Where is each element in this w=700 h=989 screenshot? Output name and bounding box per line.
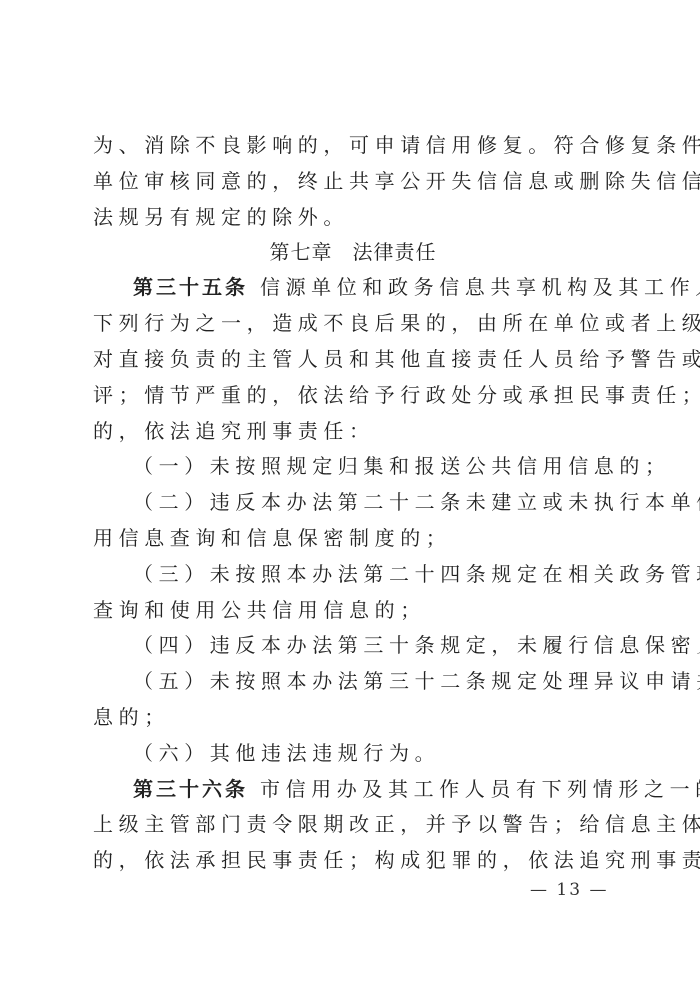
chapter-heading: 第七章法律责任 [93, 235, 613, 270]
chapter-number: 第七章 [270, 240, 333, 264]
paragraph-line: 法规另有规定的除外。 [93, 200, 613, 236]
paragraph-line: 下列行为之一，造成不良后果的，由所在单位或者上级主管部门 [93, 306, 613, 342]
list-item-3-cont: 查询和使用公共信用信息的； [93, 593, 613, 629]
paragraph-line: 的，依法追究刑事责任： [93, 414, 613, 450]
paragraph-line: 为、消除不良影响的，可申请信用修复。符合修复条件并经信源 [93, 128, 613, 164]
list-item-4: （四）违反本办法第三十条规定，未履行信息保密义务的； [93, 628, 613, 664]
list-item-5: （五）未按照本办法第三十二条规定处理异议申请并反馈信 [93, 664, 613, 700]
article-36-first-line: 第三十六条 市信用办及其工作人员有下列情形之一的，由 [93, 772, 613, 808]
document-page: 为、消除不良影响的，可申请信用修复。符合修复条件并经信源 单位审核同意的，终止共… [93, 128, 613, 879]
list-item-3: （三）未按照本办法第二十四条规定在相关政务管理活动中 [93, 557, 613, 593]
chapter-title: 法律责任 [353, 240, 437, 264]
paragraph-line: 对直接负责的主管人员和其他直接责任人员给予警告或通报批 [93, 342, 613, 378]
paragraph-line: 的，依法承担民事责任；构成犯罪的，依法追究刑事责任： [93, 843, 613, 879]
list-item-2: （二）违反本办法第二十二条未建立或未执行本单位公共信 [93, 485, 613, 521]
paragraph-line: 单位审核同意的，终止共享公开失信信息或删除失信信息。法律、 [93, 164, 613, 200]
list-item-1: （一）未按照规定归集和报送公共信用信息的； [93, 449, 613, 485]
article-36-text: 市信用办及其工作人员有下列情形之一的，由 [260, 777, 700, 801]
article-35-text: 信源单位和政务信息共享机构及其工作人员有 [260, 275, 700, 299]
article-36-label: 第三十六条 [133, 777, 248, 801]
article-35-first-line: 第三十五条 信源单位和政务信息共享机构及其工作人员有 [93, 270, 613, 306]
list-item-6: （六）其他违法违规行为。 [93, 736, 613, 772]
list-item-2-cont: 用信息查询和信息保密制度的； [93, 521, 613, 557]
page-number: — 13 — [530, 880, 608, 900]
paragraph-line: 评；情节严重的，依法给予行政处分或承担民事责任；构成犯罪 [93, 378, 613, 414]
article-35-label: 第三十五条 [133, 275, 248, 299]
list-item-5-cont: 息的； [93, 700, 613, 736]
paragraph-line: 上级主管部门责令限期改正，并予以警告；给信息主体造成损失 [93, 807, 613, 843]
